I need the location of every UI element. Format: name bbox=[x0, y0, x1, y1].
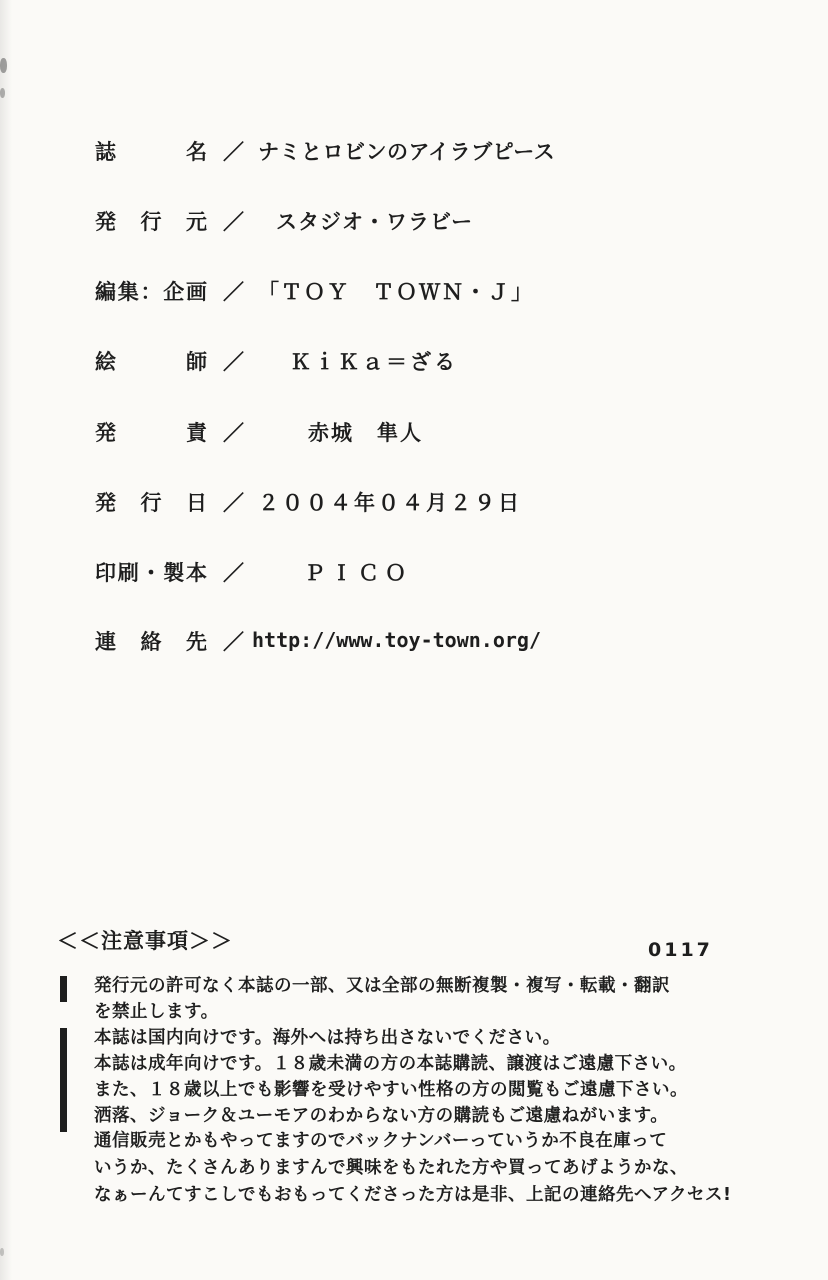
row-label: 発 行 元 bbox=[95, 206, 207, 236]
slash-separator: ／ bbox=[223, 487, 244, 517]
slash-separator: ／ bbox=[223, 276, 244, 306]
notice-item: また、１８歳以上でも影響を受けやすい性格の方の閲覧もご遠慮下さい。 bbox=[60, 1076, 772, 1102]
notice-item-text: 発行元の許可なく本誌の一部、又は全部の無断複製・複写・転載・翻訳 を禁止します。 bbox=[94, 972, 670, 1024]
row-value: ＰＩＣＯ bbox=[304, 557, 412, 587]
slash-separator: ／ bbox=[223, 136, 244, 166]
contact-url: http://www.toy-town.org/ bbox=[252, 626, 541, 652]
scanned-colophon-page: 誌 名 ／ ナミとロビンのアイラブピース 発 行 元 ／ スタジオ・ワラビー 編… bbox=[0, 0, 828, 1280]
colophon-row-contact: 連 絡 先 ／ http://www.toy-town.org/ bbox=[95, 626, 541, 656]
notice-item: 本誌は国内向けです。海外へは持ち出さないでください。 bbox=[60, 1024, 772, 1050]
notice-item: 洒落、ジョーク＆ユーモアのわからない方の購読もご遠慮ねがいます。 bbox=[60, 1102, 772, 1128]
row-label: 発 行 日 bbox=[95, 487, 207, 517]
notice-item: 本誌は成年向けです。１８歳未満の方の本誌購読、譲渡はご遠慮下さい。 bbox=[60, 1050, 772, 1076]
colophon-row-responsible: 発 責 ／ 赤城 隼人 bbox=[95, 417, 423, 447]
colophon-row-date: 発 行 日 ／ ２００４年０４月２９日 bbox=[95, 487, 522, 517]
scan-edge-shading bbox=[0, 0, 12, 1280]
open-square-bullet-icon bbox=[60, 976, 67, 1002]
colophon-row-printer: 印刷・製本 ／ ＰＩＣＯ bbox=[95, 557, 412, 587]
notice-list: 発行元の許可なく本誌の一部、又は全部の無断複製・複写・転載・翻訳 を禁止します。… bbox=[60, 972, 772, 1209]
row-label: 絵 師 bbox=[95, 346, 207, 376]
row-value: ２００４年０４月２９日 bbox=[258, 487, 522, 517]
slash-separator: ／ bbox=[223, 626, 244, 656]
notice-heading: ＜＜注意事項＞＞ bbox=[57, 925, 233, 955]
notice-item-text: 本誌は国内向けです。海外へは持ち出さないでください。 bbox=[94, 1024, 561, 1050]
notice-item-mailorder: 通信販売とかもやってますのでバックナンバーっていうか不良在庫って いうか、たくさ… bbox=[60, 1128, 772, 1209]
row-label: 印刷・製本 bbox=[95, 557, 207, 587]
page-code: 0117 bbox=[648, 939, 713, 961]
colophon-row-title: 誌 名 ／ ナミとロビンのアイラブピース bbox=[95, 136, 555, 166]
notice-item-text: 洒落、ジョーク＆ユーモアのわからない方の購読もご遠慮ねがいます。 bbox=[94, 1102, 668, 1128]
notice-item-text: また、１８歳以上でも影響を受けやすい性格の方の閲覧もご遠慮下さい。 bbox=[94, 1076, 688, 1102]
slash-separator: ／ bbox=[223, 346, 244, 376]
row-value: ＫｉＫａ＝ざる bbox=[290, 346, 458, 376]
row-label: 連 絡 先 bbox=[95, 626, 207, 656]
row-value: ナミとロビンのアイラブピース bbox=[258, 136, 555, 166]
scan-speck bbox=[0, 88, 5, 98]
scan-speck bbox=[0, 58, 7, 73]
row-label: 編集：企画 bbox=[95, 276, 207, 306]
colophon-row-artist: 絵 師 ／ ＫｉＫａ＝ざる bbox=[95, 346, 458, 376]
row-value: 赤城 隼人 bbox=[308, 417, 423, 447]
row-label: 発 責 bbox=[95, 417, 207, 447]
colophon-row-publisher: 発 行 元 ／ スタジオ・ワラビー bbox=[95, 206, 473, 236]
colophon-row-editing: 編集：企画 ／ 「ＴＯＹ ＴＯＷＮ・Ｊ」 bbox=[95, 276, 534, 306]
row-label: 誌 名 bbox=[95, 136, 207, 166]
scan-speck bbox=[0, 1248, 4, 1256]
slash-separator: ／ bbox=[223, 417, 244, 447]
slash-separator: ／ bbox=[223, 557, 244, 587]
notice-item: 発行元の許可なく本誌の一部、又は全部の無断複製・複写・転載・翻訳 を禁止します。 bbox=[60, 972, 772, 1024]
notice-item-text: 通信販売とかもやってますのでバックナンバーっていうか不良在庫って いうか、たくさ… bbox=[94, 1128, 731, 1209]
row-value: 「ＴＯＹ ＴＯＷＮ・Ｊ」 bbox=[258, 276, 534, 306]
notice-item-text: 本誌は成年向けです。１８歳未満の方の本誌購読、譲渡はご遠慮下さい。 bbox=[94, 1050, 687, 1076]
slash-separator: ／ bbox=[223, 206, 244, 236]
row-value: スタジオ・ワラビー bbox=[276, 206, 473, 236]
